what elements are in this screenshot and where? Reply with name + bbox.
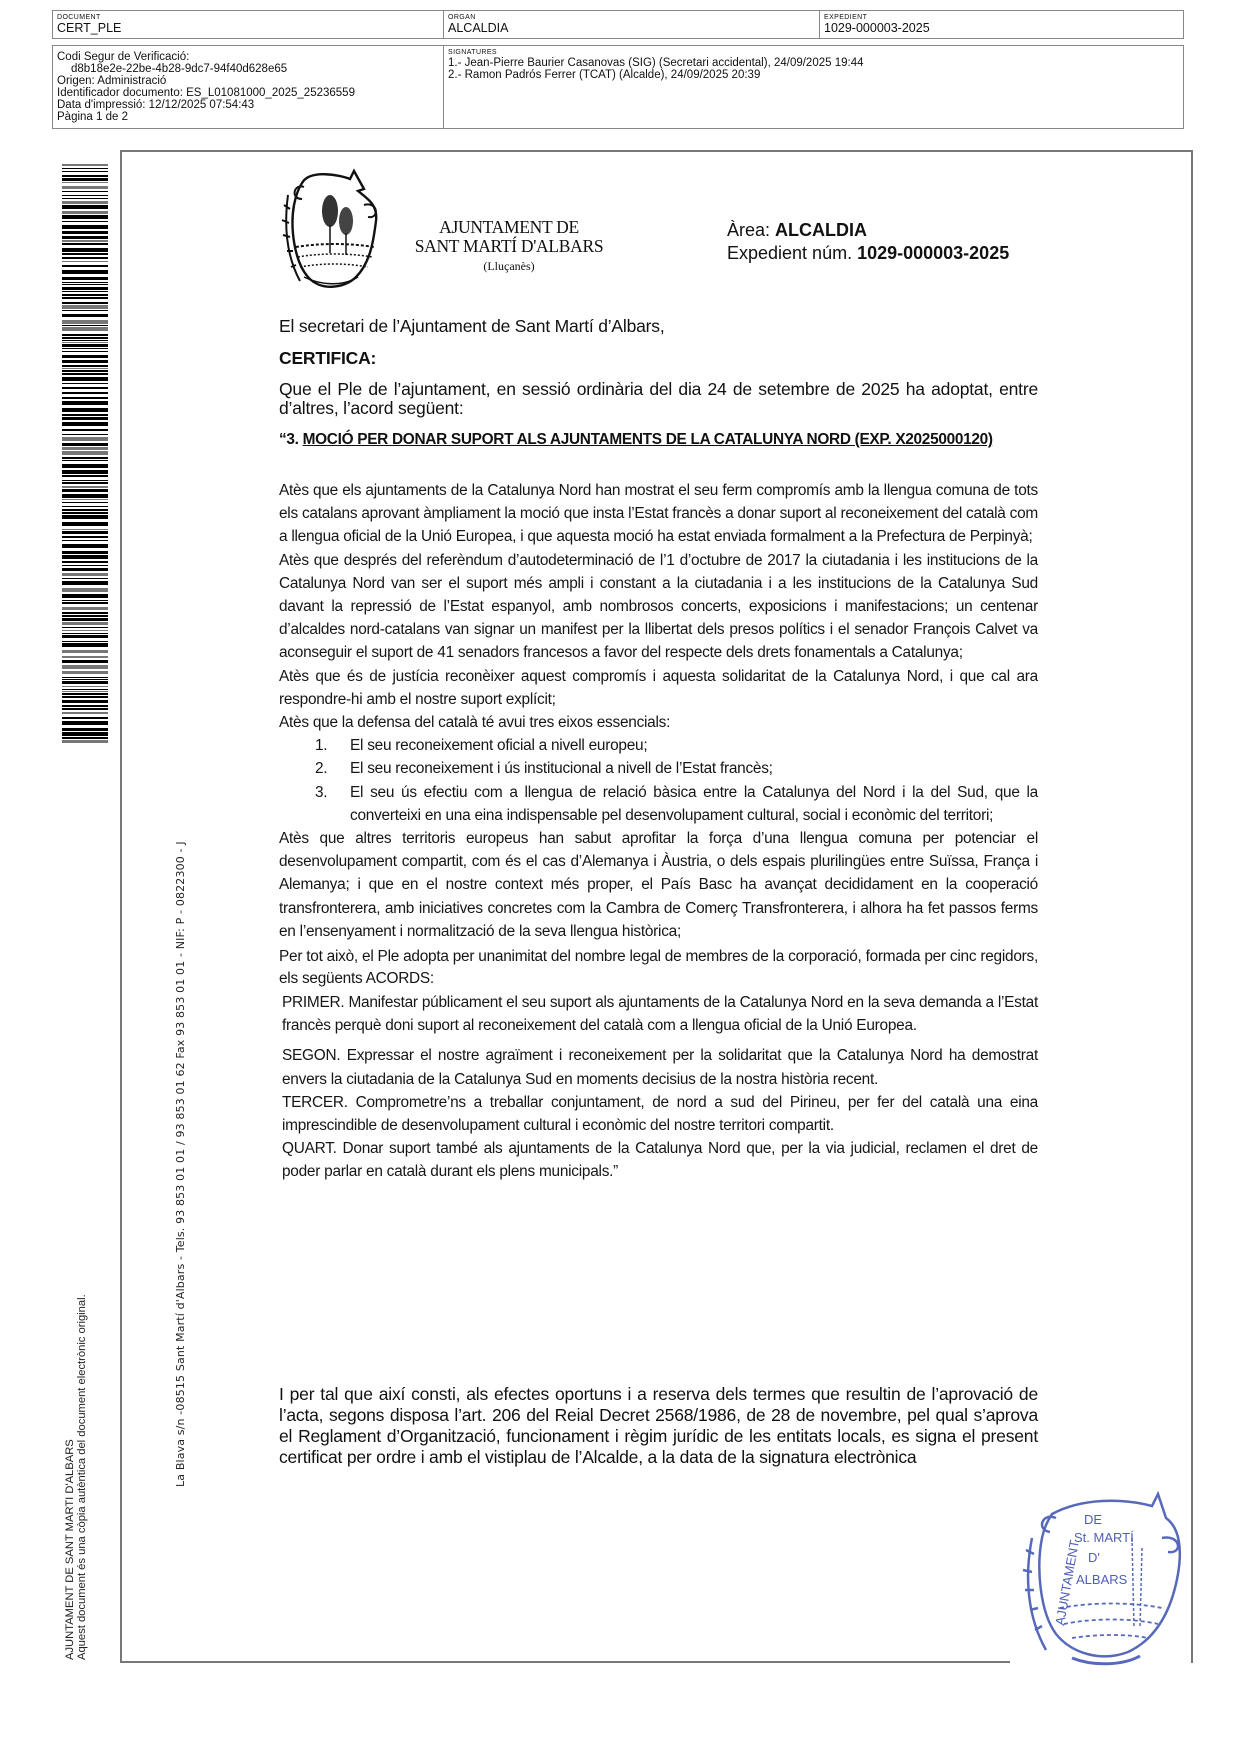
list-item: 1.El seu reconeixement oficial a nivell … bbox=[305, 734, 1038, 757]
municipal-address: La Blava s/n -08515 Sant Martí d'Albars … bbox=[174, 841, 187, 1487]
town-line-3: (Lluçanès) bbox=[398, 258, 620, 274]
paragraph-3: Atès que és de justícia reconèixer aques… bbox=[279, 665, 1038, 711]
acord-segon: SEGON. Expressar el nostre agraïment i r… bbox=[282, 1044, 1038, 1090]
signatures-label: SIGNATURES bbox=[448, 49, 1179, 57]
motion-title-text: MOCIÓ PER DONAR SUPORT ALS AJUNTAMENTS D… bbox=[303, 431, 993, 448]
legend-line-2: Aquest document és una còpia autèntica d… bbox=[76, 1294, 88, 1660]
area-label: Àrea: bbox=[727, 220, 775, 240]
paragraph-4: Atès que la defensa del català té avui t… bbox=[279, 711, 1038, 734]
closing-paragraph: I per tal que així consti, als efectes o… bbox=[279, 1384, 1038, 1468]
signatures-cell: SIGNATURES 1.- Jean-Pierre Baurier Casan… bbox=[443, 46, 1183, 128]
area-line: Àrea: ALCALDIA bbox=[727, 219, 1009, 242]
legend-line-1: AJUNTAMENT DE SANT MARTI D'ALBARS bbox=[64, 1294, 76, 1660]
considerations: Atès que els ajuntaments de la Catalunya… bbox=[279, 479, 1038, 1184]
paragraph-europe: Atès que altres territoris europeus han … bbox=[279, 827, 1038, 943]
expedient-number-label: Expedient núm. bbox=[727, 243, 857, 263]
area-block: Àrea: ALCALDIA Expedient núm. 1029-00000… bbox=[727, 219, 1009, 265]
print-date: Data d'impressió: 12/12/2025 07:54:43 bbox=[57, 99, 439, 111]
csv-value: d8b18e2e-22be-4b28-9dc7-94f40d628e65 bbox=[57, 63, 439, 75]
expedient-cell: EXPEDIENT 1029-000003-2025 bbox=[819, 11, 1183, 38]
stamp-line-4: ALBARS bbox=[1076, 1572, 1128, 1587]
stamp-line-3: D' bbox=[1088, 1550, 1100, 1565]
stamp-line-2: St. MARTÍ bbox=[1074, 1530, 1134, 1545]
paragraph-1: Atès que els ajuntaments de la Catalunya… bbox=[279, 479, 1038, 549]
signature-2: 2.- Ramon Padrós Ferrer (TCAT) (Alcalde)… bbox=[448, 69, 1179, 81]
page-number: Pàgina 1 de 2 bbox=[57, 111, 439, 123]
list-item: 3.El seu ús efectiu com a llengua de rel… bbox=[305, 781, 1038, 827]
town-line-1: AJUNTAMENT DE bbox=[398, 218, 620, 237]
list-item: 2.El seu reconeixement i ús instituciona… bbox=[305, 757, 1038, 780]
acord-primer: PRIMER. Manifestar públicament el seu su… bbox=[282, 991, 1038, 1037]
area-value: ALCALDIA bbox=[775, 220, 867, 240]
per-tot-paragraph: Per tot això, el Ple adopta per unanimit… bbox=[279, 946, 1038, 990]
expedient-value: 1029-000003-2025 bbox=[824, 22, 1179, 35]
header-row-2: Codi Segur de Verificació: d8b18e2e-22be… bbox=[52, 45, 1184, 129]
signature-1: 1.- Jean-Pierre Baurier Casanovas (SIG) … bbox=[448, 57, 1179, 69]
certifica-heading: CERTIFICA: bbox=[279, 348, 1038, 369]
paragraph-2: Atès que després del referèndum d’autode… bbox=[279, 549, 1038, 665]
motion-title-prefix: “3. bbox=[279, 431, 303, 448]
authenticity-legend: AJUNTAMENT DE SANT MARTI D'ALBARS Aquest… bbox=[64, 1294, 88, 1660]
town-name: AJUNTAMENT DE SANT MARTÍ D'ALBARS (Lluça… bbox=[398, 218, 620, 274]
csv-label: Codi Segur de Verificació: bbox=[57, 51, 439, 63]
essential-axes-list: 1.El seu reconeixement oficial a nivell … bbox=[279, 734, 1038, 827]
header-row-1: DOCUMENT CERT_PLE ORGAN ALCALDIA EXPEDIE… bbox=[52, 10, 1184, 39]
que-paragraph: Que el Ple de l’ajuntament, en sessió or… bbox=[279, 380, 1038, 418]
organ-value: ALCALDIA bbox=[448, 22, 815, 35]
document-identifier: Identificador documento: ES_L01081000_20… bbox=[57, 87, 439, 99]
document-cell: DOCUMENT CERT_PLE bbox=[53, 11, 443, 38]
origin: Origen: Administració bbox=[57, 75, 439, 87]
document-value: CERT_PLE bbox=[57, 22, 439, 35]
organ-cell: ORGAN ALCALDIA bbox=[443, 11, 819, 38]
expedient-number-value: 1029-000003-2025 bbox=[857, 243, 1009, 263]
official-stamp-icon: AJUNTAMENT DE St. MARTÍ D' ALBARS bbox=[1012, 1478, 1192, 1668]
acord-tercer: TERCER. Comprometre’ns a treballar conju… bbox=[282, 1091, 1038, 1137]
intro-line: El secretari de l’Ajuntament de Sant Mar… bbox=[279, 316, 1038, 337]
town-line-2: SANT MARTÍ D'ALBARS bbox=[398, 237, 620, 256]
expedient-line: Expedient núm. 1029-000003-2025 bbox=[727, 242, 1009, 265]
acord-quart: QUART. Donar suport també als ajuntament… bbox=[282, 1137, 1038, 1183]
municipal-coat-of-arms-icon bbox=[280, 165, 388, 295]
motion-title: “3. MOCIÓ PER DONAR SUPORT ALS AJUNTAMEN… bbox=[279, 428, 1038, 451]
verification-cell: Codi Segur de Verificació: d8b18e2e-22be… bbox=[53, 46, 443, 128]
stamp-line-1: DE bbox=[1084, 1512, 1102, 1527]
barcode-icon bbox=[62, 164, 108, 744]
frame-bottom-line bbox=[120, 1661, 1010, 1663]
